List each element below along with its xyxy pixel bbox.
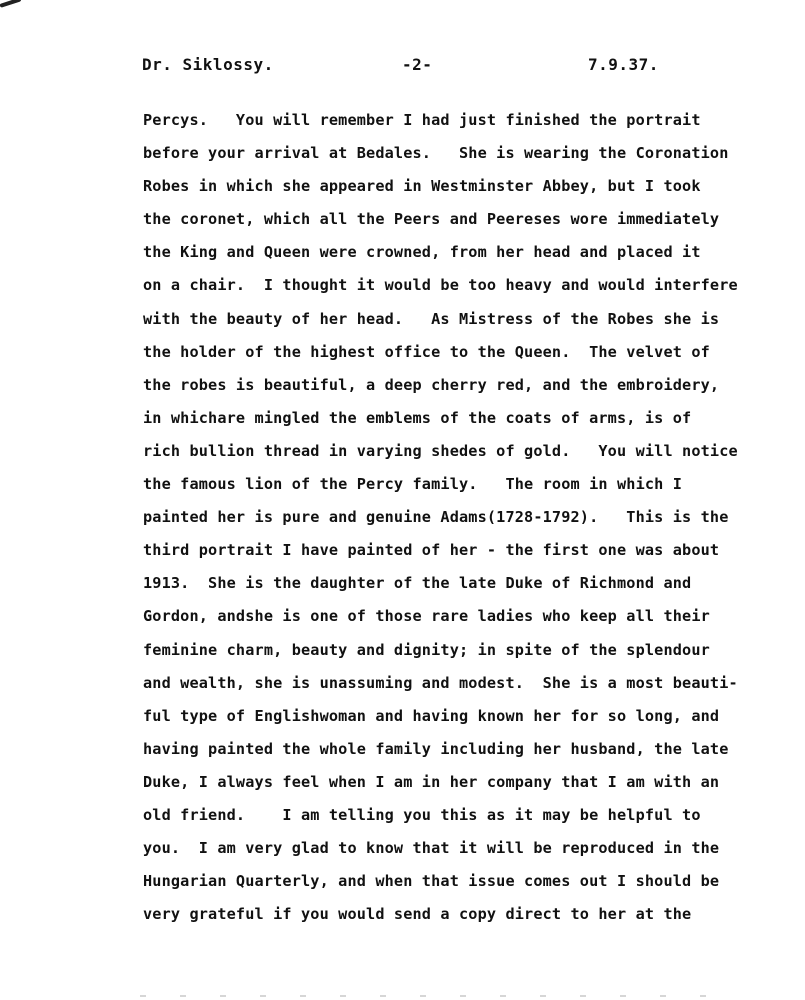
text-line: on a chair. I thought it would be too he… <box>143 269 793 302</box>
text-line: the coronet, which all the Peers and Pee… <box>143 203 793 236</box>
text-line: Robes in which she appeared in Westminst… <box>143 170 793 203</box>
letter-body: Percys. You will remember I had just fin… <box>143 104 793 931</box>
text-line: rich bullion thread in varying shedes of… <box>143 435 793 468</box>
text-line: the King and Queen were crowned, from he… <box>143 236 793 269</box>
text-line: ful type of Englishwoman and having know… <box>143 700 793 733</box>
recipient-name: Dr. Siklossy. <box>142 55 274 74</box>
text-line: painted her is pure and genuine Adams(17… <box>143 501 793 534</box>
text-line: with the beauty of her head. As Mistress… <box>143 303 793 336</box>
text-line: you. I am very glad to know that it will… <box>143 832 793 865</box>
text-line: Hungarian Quarterly, and when that issue… <box>143 865 793 898</box>
text-line: Percys. You will remember I had just fin… <box>143 104 793 137</box>
corner-mark <box>0 0 22 8</box>
text-line: feminine charm, beauty and dignity; in s… <box>143 634 793 667</box>
text-line: the holder of the highest office to the … <box>143 336 793 369</box>
text-line: Gordon, andshe is one of those rare ladi… <box>143 600 793 633</box>
text-line: 1913. She is the daughter of the late Du… <box>143 567 793 600</box>
text-line: the robes is beautiful, a deep cherry re… <box>143 369 793 402</box>
scan-artifacts <box>140 995 740 997</box>
text-line: in whichare mingled the emblems of the c… <box>143 402 793 435</box>
text-line: the famous lion of the Percy family. The… <box>143 468 793 501</box>
text-line: having painted the whole family includin… <box>143 733 793 766</box>
text-line: Duke, I always feel when I am in her com… <box>143 766 793 799</box>
text-line: old friend. I am telling you this as it … <box>143 799 793 832</box>
letter-header: Dr. Siklossy. -2- 7.9.37. <box>0 55 805 79</box>
page-number: -2- <box>402 55 432 74</box>
text-line: third portrait I have painted of her - t… <box>143 534 793 567</box>
letter-date: 7.9.37. <box>588 55 659 74</box>
text-line: and wealth, she is unassuming and modest… <box>143 667 793 700</box>
letter-page: Dr. Siklossy. -2- 7.9.37. Percys. You wi… <box>0 0 805 1000</box>
text-line: before your arrival at Bedales. She is w… <box>143 137 793 170</box>
text-line: very grateful if you would send a copy d… <box>143 898 793 931</box>
